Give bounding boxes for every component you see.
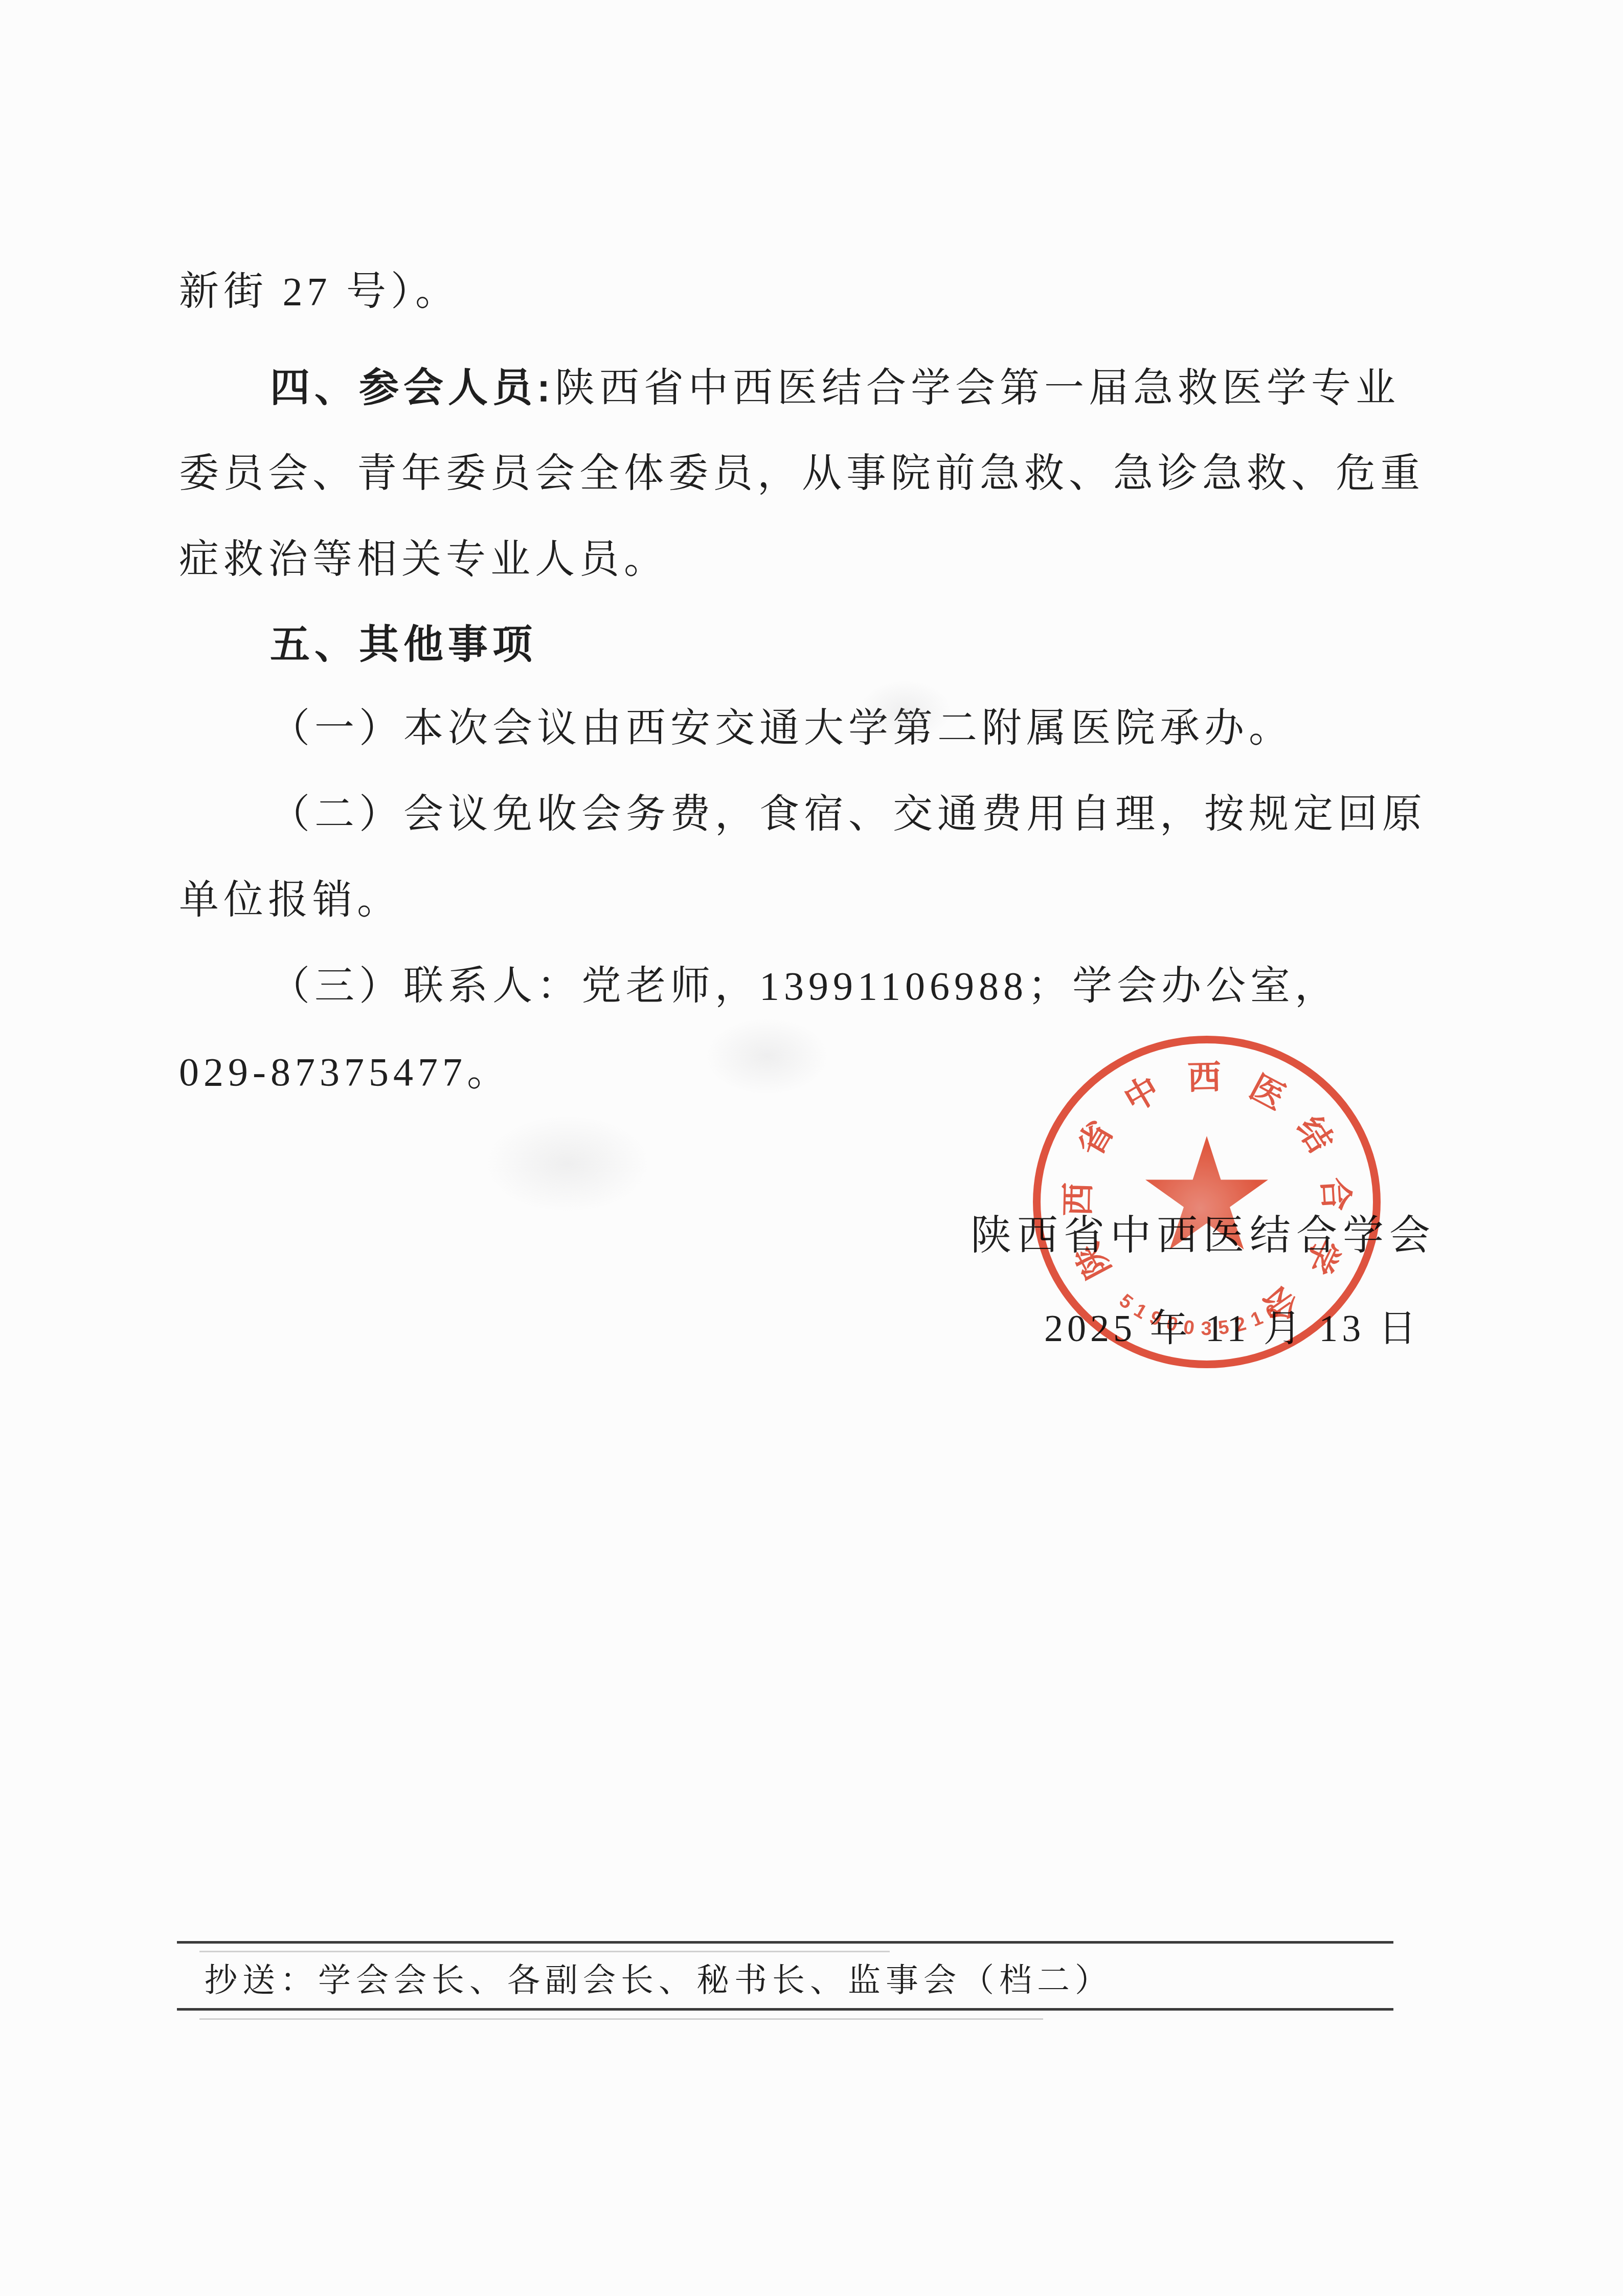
body-line-8: 单位报销。	[179, 875, 401, 926]
footer-rule-bottom-echo	[199, 2018, 1043, 2020]
body-line-9: （三）联系人：党老师，13991106988；学会办公室，	[270, 961, 1339, 1012]
seal-number-digit: 3	[1198, 1319, 1215, 1339]
footer-rule-top-echo	[199, 1951, 890, 1952]
body-line-6: （一）本次会议由西安交通大学第二附属医院承办。	[270, 703, 1293, 754]
section-heading-5: 五、其他事项	[270, 619, 537, 670]
scan-smudge	[486, 1115, 649, 1212]
seal-arc-char: 西	[1057, 1177, 1101, 1221]
body-line-3: 委员会、青年委员会全体委员，从事院前急救、急诊急救、危重	[179, 448, 1425, 499]
scan-smudge	[706, 1018, 828, 1095]
scanned-notice-page: 新街 27 号）。 四、参会人员:陕西省中西医结合学会第一届急救医学专业 委员会…	[0, 0, 1623, 2296]
seal-arc-char: 西	[1182, 1056, 1226, 1100]
footer-rule-bottom	[177, 2008, 1393, 2011]
body-line-2: 四、参会人员:陕西省中西医结合学会第一届急救医学专业	[270, 362, 1400, 414]
body-line-2-text: 陕西省中西医结合学会第一届急救医学专业	[555, 366, 1400, 410]
official-seal-stamp: 陕西省中西医结合学会5190035216	[1033, 1036, 1381, 1368]
body-line-10: 029-87375477。	[179, 1046, 511, 1098]
body-line-7: （二）会议免收会务费，食宿、交通费用自理，按规定回原	[270, 789, 1427, 840]
footer-rule-top	[177, 1941, 1393, 1944]
cc-distribution-line: 抄送：学会会长、各副会长、秘书长、监事会（档二）	[205, 1962, 1113, 1999]
seal-arc-char: 合	[1312, 1172, 1357, 1217]
section-heading-4: 四、参会人员:	[270, 365, 555, 410]
seal-number-digit: 0	[1179, 1317, 1199, 1339]
body-line-4: 症救治等相关专业人员。	[179, 534, 668, 585]
body-line-1: 新街 27 号）。	[179, 266, 460, 317]
